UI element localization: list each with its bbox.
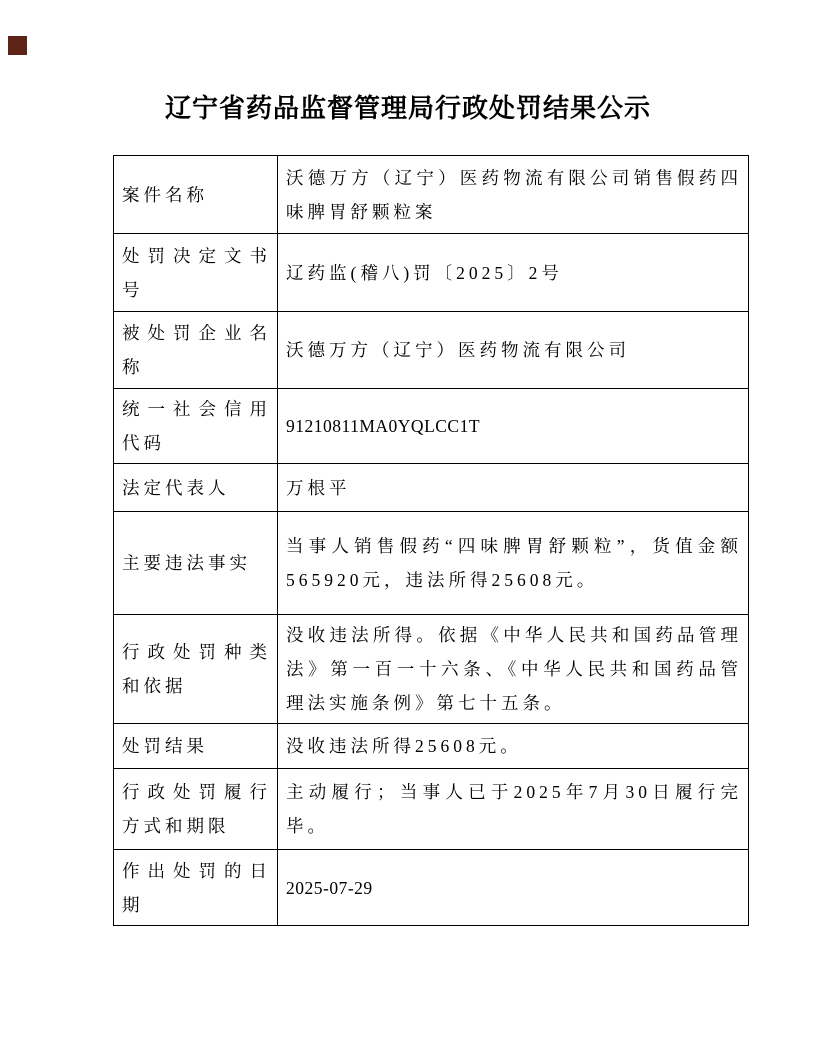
row-value: 当事人销售假药“四味脾胃舒颗粒”，货值金额565920元，违法所得25608元。 [278, 512, 749, 615]
table-row: 处罚结果 没收违法所得25608元。 [114, 724, 749, 769]
row-label: 作出处罚的日期 [114, 850, 278, 926]
row-label: 被处罚企业名称 [114, 312, 278, 389]
row-label: 行政处罚种类和依据 [114, 615, 278, 724]
table-row: 法定代表人 万根平 [114, 464, 749, 512]
table-row: 行政处罚种类和依据 没收违法所得。依据《中华人民共和国药品管理法》第一百一十六条… [114, 615, 749, 724]
table-row: 行政处罚履行方式和期限 主动履行；当事人已于2025年7月30日履行完毕。 [114, 769, 749, 850]
row-value: 91210811MA0YQLCC1T [278, 389, 749, 464]
row-label: 法定代表人 [114, 464, 278, 512]
row-label: 主要违法事实 [114, 512, 278, 615]
row-label: 案件名称 [114, 156, 278, 234]
row-value: 没收违法所得25608元。 [278, 724, 749, 769]
table-row: 案件名称 沃德万方（辽宁）医药物流有限公司销售假药四味脾胃舒颗粒案 [114, 156, 749, 234]
corner-mark-icon [8, 36, 27, 55]
row-label: 处罚决定文书号 [114, 234, 278, 312]
row-value: 万根平 [278, 464, 749, 512]
row-value: 辽药监(稽八)罚〔2025〕2号 [278, 234, 749, 312]
table-row: 处罚决定文书号 辽药监(稽八)罚〔2025〕2号 [114, 234, 749, 312]
table-row: 被处罚企业名称 沃德万方（辽宁）医药物流有限公司 [114, 312, 749, 389]
row-value: 2025-07-29 [278, 850, 749, 926]
table-row: 主要违法事实 当事人销售假药“四味脾胃舒颗粒”，货值金额565920元，违法所得… [114, 512, 749, 615]
row-value: 没收违法所得。依据《中华人民共和国药品管理法》第一百一十六条、《中华人民共和国药… [278, 615, 749, 724]
row-value: 主动履行；当事人已于2025年7月30日履行完毕。 [278, 769, 749, 850]
row-label: 统一社会信用代码 [114, 389, 278, 464]
row-label: 行政处罚履行方式和期限 [114, 769, 278, 850]
row-label: 处罚结果 [114, 724, 278, 769]
row-value: 沃德万方（辽宁）医药物流有限公司 [278, 312, 749, 389]
table-row: 作出处罚的日期 2025-07-29 [114, 850, 749, 926]
row-value: 沃德万方（辽宁）医药物流有限公司销售假药四味脾胃舒颗粒案 [278, 156, 749, 234]
page-title: 辽宁省药品监督管理局行政处罚结果公示 [0, 88, 816, 125]
penalty-result-table: 案件名称 沃德万方（辽宁）医药物流有限公司销售假药四味脾胃舒颗粒案 处罚决定文书… [113, 155, 749, 926]
table-row: 统一社会信用代码 91210811MA0YQLCC1T [114, 389, 749, 464]
